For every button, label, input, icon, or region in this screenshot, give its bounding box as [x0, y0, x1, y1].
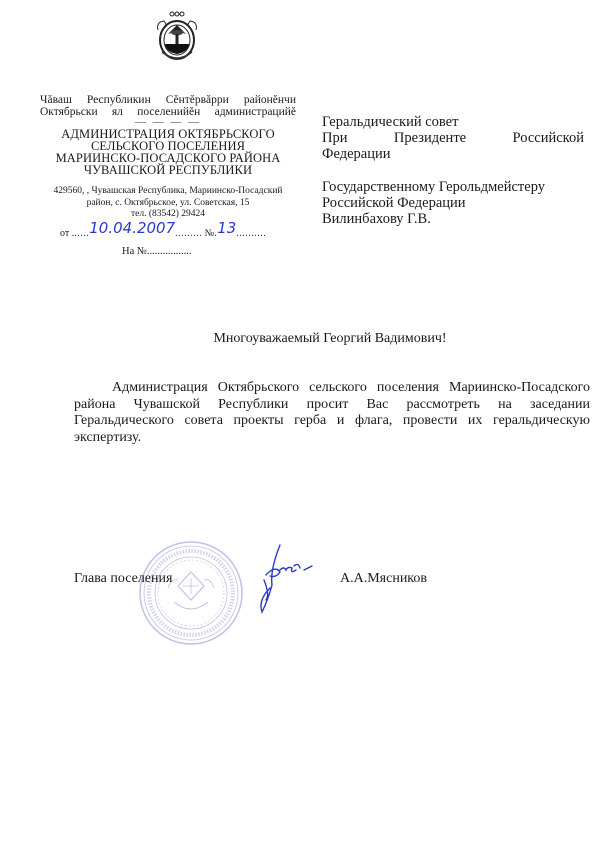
addressee-line-6: Вилинбахову Г.В. — [322, 211, 584, 227]
addressee-word: Российской — [513, 130, 584, 146]
from-label: от . — [60, 228, 74, 239]
addressee-line-3: Федерации — [322, 146, 584, 162]
number-label: № — [205, 228, 215, 239]
addressee-line-2: При Президенте Российской — [322, 130, 584, 146]
handwritten-number: 13 — [217, 219, 236, 237]
reply-reference: На №................. — [122, 246, 192, 257]
addressee-line-5: Российской Федерации — [322, 195, 584, 211]
official-seal-stamp — [138, 540, 244, 646]
salutation: Многоуважаемый Георгий Вадимович! — [60, 331, 600, 347]
signatory-title: Глава поселения — [74, 571, 172, 587]
handwritten-date: 10.04.2007 — [89, 219, 175, 237]
addressee-line-4: Государственному Герольдмейстеру — [322, 179, 584, 195]
addressee-line-1: Геральдический совет — [322, 114, 584, 130]
header-divider: — — — — — [40, 118, 296, 126]
org-line-4: ЧУВАШСКОЙ РЕСПУБЛИКИ — [40, 164, 296, 176]
addressee-block: Геральдический совет При Президенте Росс… — [322, 114, 584, 227]
registration-line: от ......10.04.2007......... №.13.......… — [60, 222, 266, 240]
letter-body: Администрация Октябрьского сельского пос… — [74, 380, 590, 446]
letterhead: Чăваш Республикин Сĕнтĕрвăрри районĕнчи … — [40, 94, 296, 221]
addressee-word: Президенте — [394, 130, 466, 146]
address-line-1: 429560, , Чувашская Республика, Мариинск… — [40, 186, 296, 198]
addressee-word: При — [322, 130, 347, 146]
handwritten-signature — [240, 540, 330, 615]
coat-of-arms-icon — [148, 8, 206, 66]
organization-address: 429560, , Чувашская Республика, Мариинск… — [40, 186, 296, 221]
organization-name: АДМИНИСТРАЦИЯ ОКТЯБРЬСКОГО СЕЛЬСКОГО ПОС… — [40, 128, 296, 176]
chuvash-line-1: Чăваш Республикин Сĕнтĕрвăрри районĕнчи — [40, 94, 296, 106]
chuvash-header: Чăваш Республикин Сĕнтĕрвăрри районĕнчи … — [40, 94, 296, 118]
signatory-name: А.А.Мясников — [340, 571, 427, 587]
address-line-2: район, с. Октябрьское, ул. Советская, 15 — [40, 198, 296, 210]
